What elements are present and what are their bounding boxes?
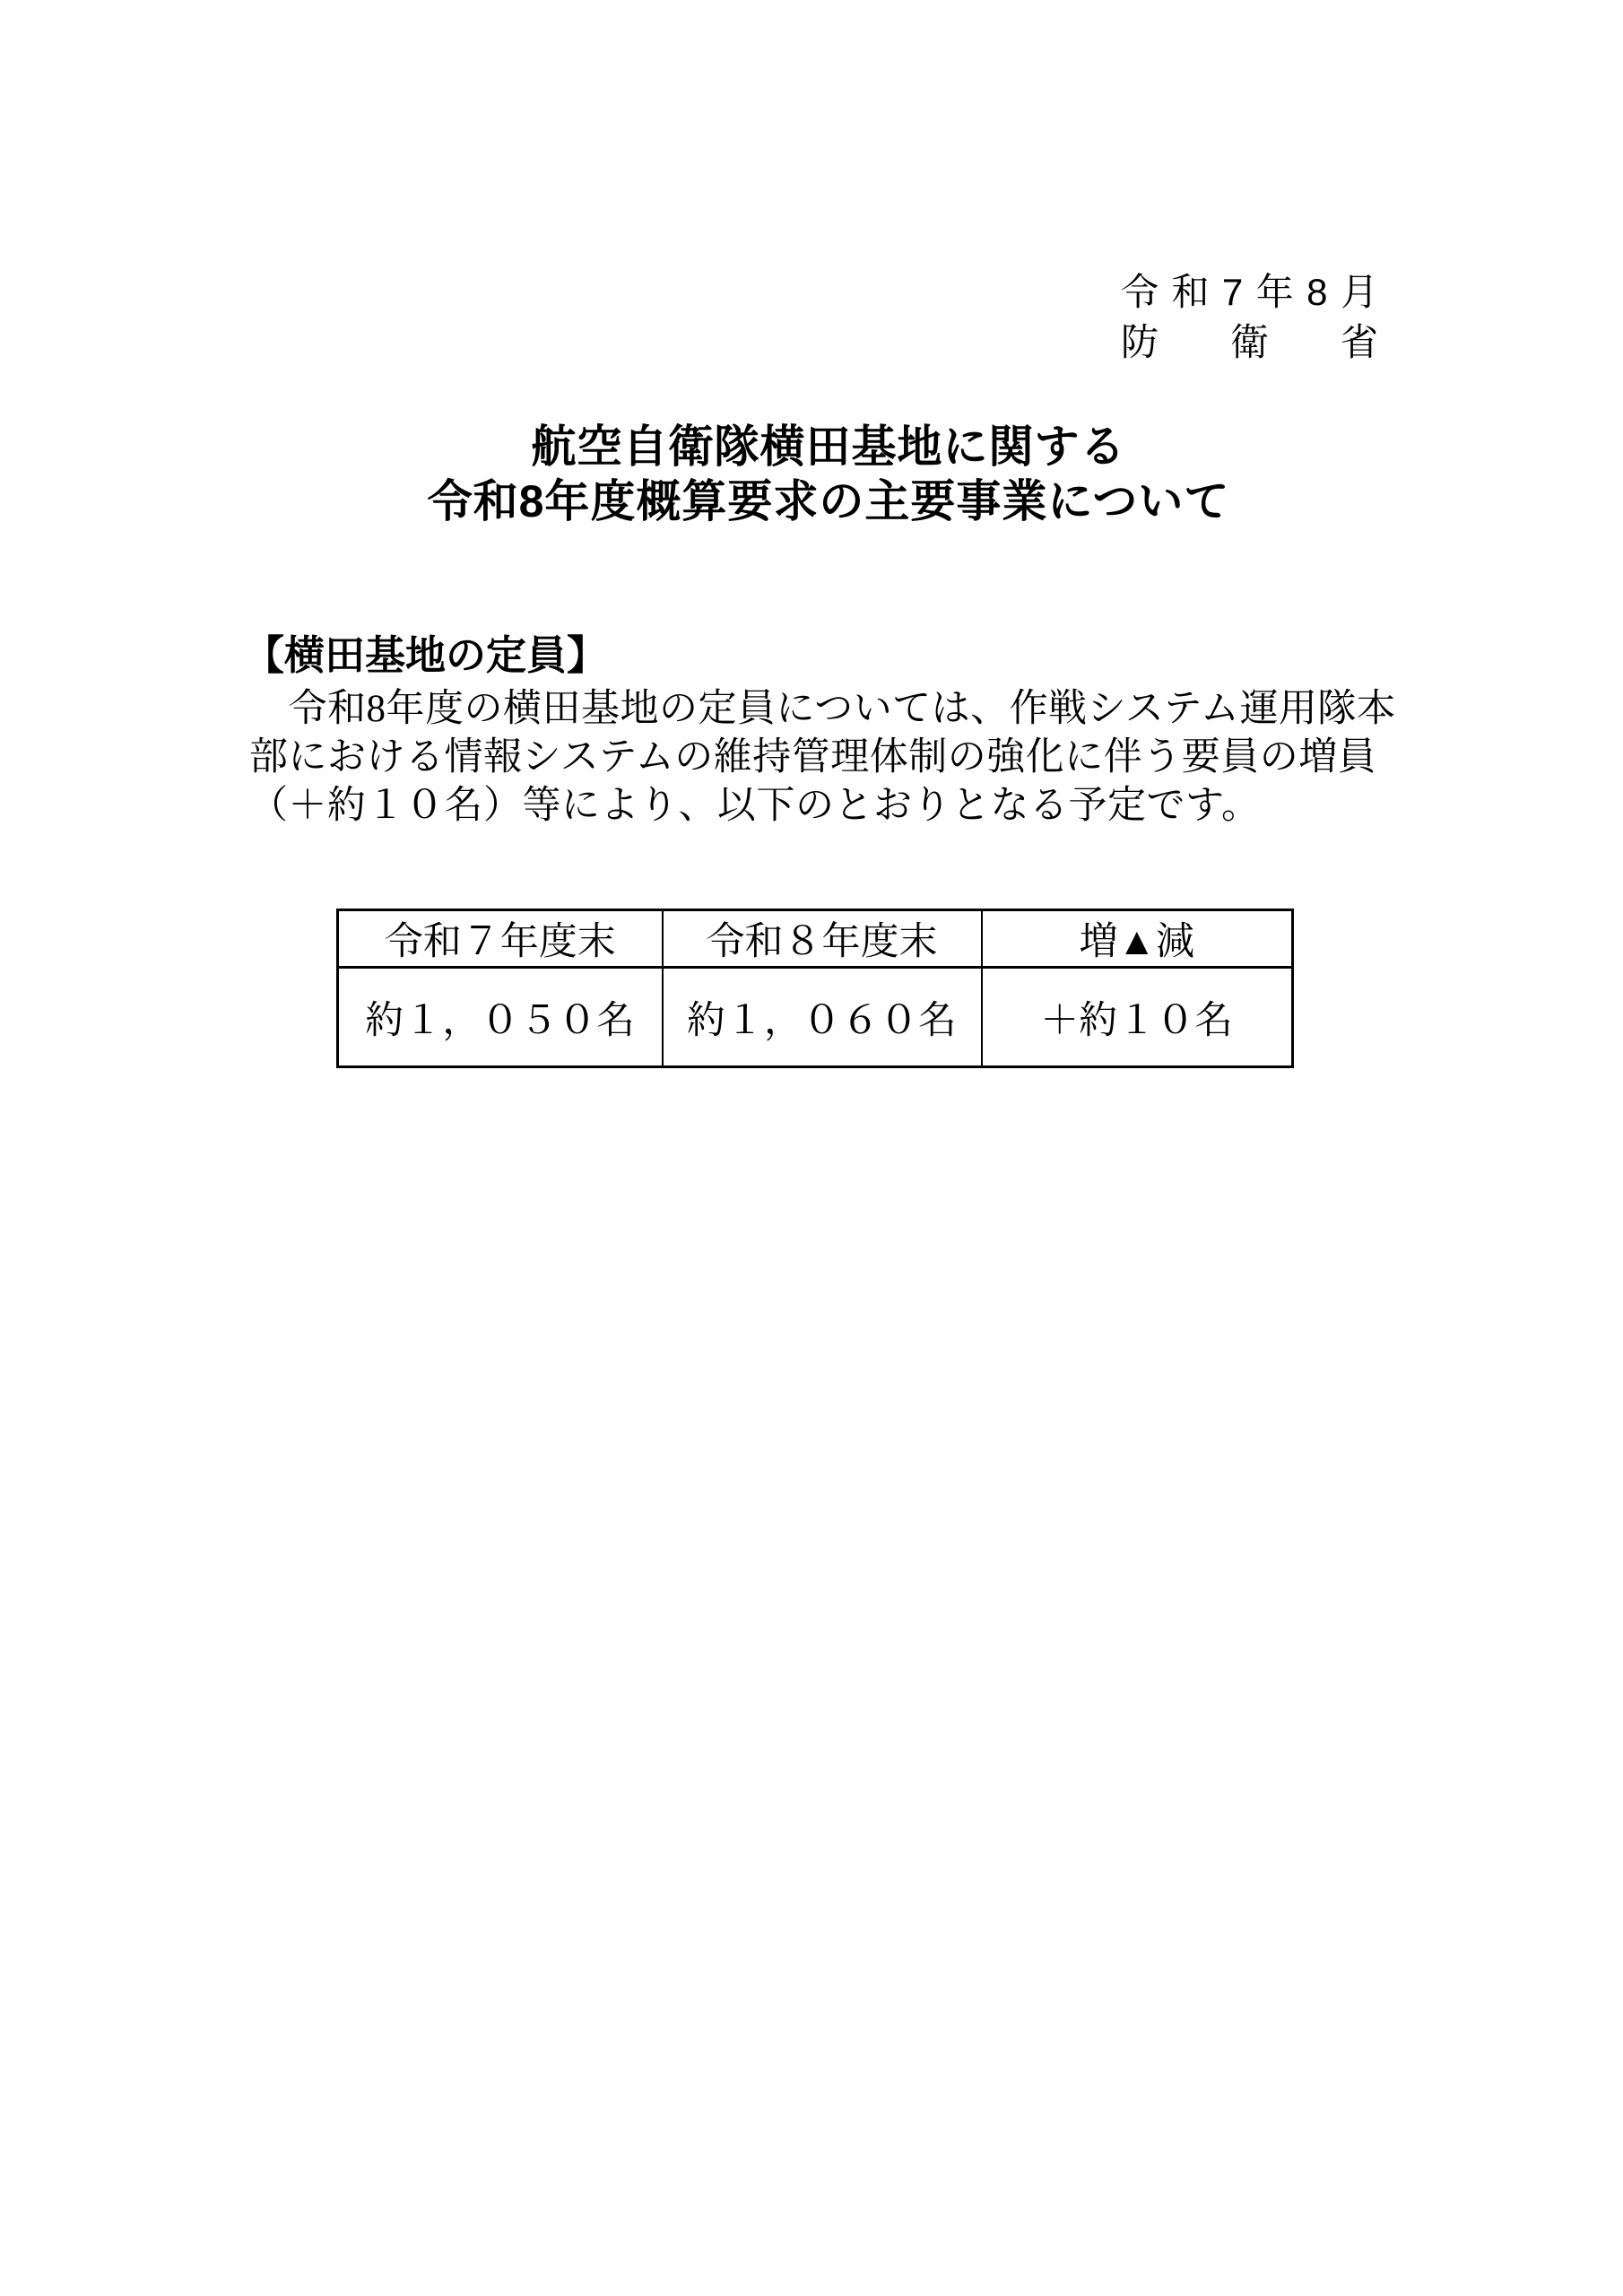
- title-line-2: 令和8年度概算要求の主要事業について: [249, 474, 1408, 529]
- paragraph-line-2: 部における情報システムの維持管理体制の強化に伴う要員の増員: [249, 734, 1424, 782]
- document-title: 航空自衛隊横田基地に関する 令和8年度概算要求の主要事業について: [249, 420, 1408, 529]
- staffing-table: 令和７年度末 令和８年度末 増▲減 約１，０５０名 約１，０６０名 ＋約１０名: [336, 909, 1294, 1068]
- table-header-row: 令和７年度末 令和８年度末 増▲減: [338, 910, 1293, 968]
- table-header-fy8-end: 令和８年度末: [663, 910, 982, 968]
- document-page: 令和7年8月 防衛省 航空自衛隊横田基地に関する 令和8年度概算要求の主要事業に…: [0, 0, 1623, 2296]
- table-row: 約１，０５０名 約１，０６０名 ＋約１０名: [338, 968, 1293, 1067]
- paragraph-line-1: 令和8年度の横田基地の定員については、作戦システム運用隊本: [249, 685, 1424, 734]
- table-cell-fy7-count: 約１，０５０名: [338, 968, 663, 1067]
- table-header-change: 増▲減: [982, 910, 1293, 968]
- document-date: 令和7年8月: [1121, 267, 1378, 317]
- table-cell-fy8-count: 約１，０６０名: [663, 968, 982, 1067]
- body-paragraph: 令和8年度の横田基地の定員については、作戦システム運用隊本 部における情報システ…: [249, 685, 1424, 831]
- table-header-fy7-end: 令和７年度末: [338, 910, 663, 968]
- title-line-1: 航空自衛隊横田基地に関する: [249, 420, 1408, 474]
- section-heading: 【横田基地の定員】: [244, 632, 607, 679]
- agency-name: 防衛省: [1121, 317, 1378, 368]
- table-cell-change: ＋約１０名: [982, 968, 1293, 1067]
- paragraph-line-3: （＋約１０名）等により、以下のとおりとなる予定です。: [249, 782, 1424, 831]
- date-agency-block: 令和7年8月 防衛省: [1121, 267, 1378, 368]
